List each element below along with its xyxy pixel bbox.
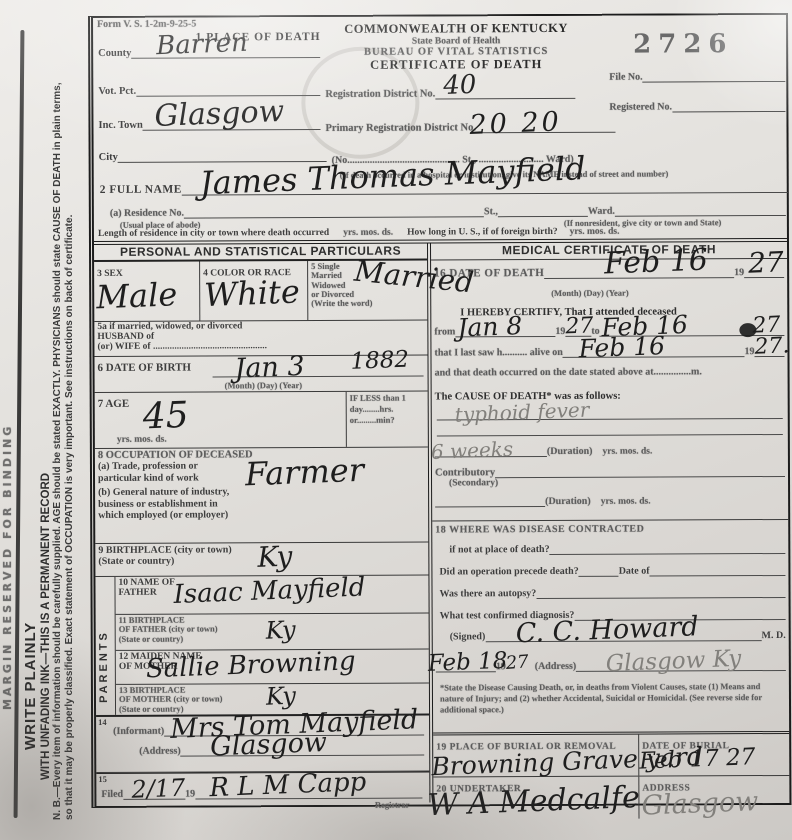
duration-row: 6 weeks (Duration) yrs. mos. ds. (435, 445, 785, 458)
burial-date-cell: DATE OF BURIAL Feb 17 27 (639, 734, 789, 776)
undertaker-row: 20 UNDERTAKER W A Medcalfe ADDRESS Glasg… (433, 776, 789, 820)
county-line: Barren (131, 57, 320, 59)
mother-name-handwriting: Sallie Browning (145, 648, 356, 682)
full-name-row: 2 FULL NAME James Thomas Mayfield (100, 181, 788, 196)
sign-year-handwriting: 27 (505, 653, 529, 673)
inc-town-row: Inc. Town Glasgow (98, 119, 320, 131)
date-of-death-box: 16 DATE OF DEATH Feb 16 19 27 (Month) (D… (431, 259, 787, 303)
margin-write-plainly: WRITE PLAINLY (22, 330, 39, 750)
length-residence-row: Length of residence in city or town wher… (98, 226, 790, 239)
marital-cell: 5 Single Married Widowed or Divorced (Wr… (308, 261, 427, 321)
length-units: yrs. mos. ds. (343, 228, 393, 238)
burial-row: 19 PLACE OF BURIAL OR REMOVAL Browning G… (433, 734, 789, 778)
file-no-line (643, 81, 786, 83)
from-handwriting: Jan 8 (457, 313, 523, 341)
margin-binding-text: MARGIN RESERVED FOR BINDING (1, 150, 14, 710)
age-label: 7 AGE (98, 398, 130, 410)
autopsy-label: Was there an autopsy? (440, 588, 537, 599)
vot-pct-row: Vot. Pct. (98, 85, 320, 97)
cause-handwriting: typhoid fever (454, 399, 589, 424)
duration2-line (435, 506, 545, 507)
operation-label: Did an operation precede death? (439, 566, 578, 578)
registered-no-label: Registered No. (609, 101, 672, 112)
certificate-form: Form V. S. 1-2m-9-25-5 1 PLACE OF DEATH … (88, 13, 791, 808)
death-occurred-statement: and that death occurred on the date stat… (435, 366, 785, 379)
duration2-label: (Duration) (545, 496, 591, 507)
contributory-box: Contributory (Secondary) (Duration) yrs.… (432, 465, 788, 522)
last-saw-year-line: 27. (754, 356, 784, 357)
duration-handwriting: 6 weeks (431, 439, 514, 462)
informant-address-label: (Address) (139, 746, 181, 757)
dob-handwriting: Jan 3 (234, 353, 305, 383)
certify-box: I HEREBY CERTIFY, That I attended deceas… (431, 301, 787, 391)
from-line: Jan 8 (455, 336, 555, 337)
full-name-line: James Thomas Mayfield (182, 192, 788, 196)
parents-rows: 10 NAME OF FATHER Isaac Mayfield 11 BIRT… (115, 576, 429, 715)
operation-line (579, 576, 619, 577)
dob-label: 6 DATE OF BIRTH (98, 362, 191, 374)
faint-round-stamp (301, 47, 419, 160)
contributory-row: Contributory (435, 466, 785, 479)
dod-line: Feb 16 (544, 277, 734, 279)
date-of-death-row: 16 DATE OF DEATH Feb 16 19 27 (434, 266, 784, 280)
form-header: Form V. S. 1-2m-9-25-5 1 PLACE OF DEATH … (93, 15, 787, 245)
residence-line (184, 216, 484, 218)
last-saw-year-print: 19 (744, 346, 754, 357)
father-name-handwriting: Isaac Mayfield (173, 574, 366, 608)
secondary-label: (Secondary) (449, 477, 785, 488)
parents-section: PARENTS 10 NAME OF FATHER Isaac Mayfield… (95, 576, 429, 717)
burial-place-cell: 19 PLACE OF BURIAL OR REMOVAL Browning G… (433, 735, 639, 777)
duration2-units: yrs. mos. ds. (601, 497, 651, 507)
race-handwriting: White (204, 275, 301, 311)
registrar-signature: R L M Capp (209, 769, 367, 801)
inc-town-label: Inc. Town (98, 120, 142, 131)
informant-address-handwriting: Glasgow (210, 729, 328, 761)
last-saw-row: that I last saw h.......... alive on Feb… (434, 346, 784, 359)
margin-unfading-ink: WITH UNFADING INK—THIS IS A PERMANENT RE… (40, 60, 52, 780)
how-long-label: How long in U. S., if of foreign birth? (407, 227, 558, 238)
signed-line: C. C. Howard (485, 640, 761, 642)
cause-line-1: typhoid fever (437, 401, 783, 421)
filed-year-print: 19 (185, 789, 195, 800)
informant-box: 14 (Informant) Mrs Tom Mayfield (Address… (96, 716, 429, 773)
cause-of-death-box: The CAUSE OF DEATH* was as follows: typh… (432, 389, 788, 467)
filed-date-handwriting: 2/17 (131, 776, 186, 802)
footnote-text: *State the Disease Causing Death, or, in… (436, 679, 786, 718)
duration-value-line: 6 weeks (435, 456, 547, 457)
parents-strip: PARENTS (95, 577, 116, 715)
inc-town-line: Glasgow (143, 129, 321, 131)
filed-row: Filed 2/17 19 R L M Capp (101, 788, 422, 800)
occupation-box: 8 OCCUPATION OF DECEASED (a) Trade, prof… (95, 448, 428, 544)
signed-row: (Signed) C. C. Howard M. D. (450, 630, 786, 642)
file-no-row: File No. (609, 71, 785, 83)
sign-address-line: Glasgow Ky (576, 670, 786, 672)
date-of-birth-box: 6 DATE OF BIRTH Jan 3 1882 (Month) (Day)… (94, 356, 427, 393)
disease-contracted-box: 18 WHERE WAS DISEASE CONTRACTED if not a… (432, 520, 789, 680)
informant-address-row: (Address) Glasgow (139, 745, 424, 757)
informant-label: (Informant) (113, 726, 164, 737)
if-less-label: IF LESS than 1 day........hrs. or.......… (350, 393, 425, 426)
filed-label: Filed (101, 789, 123, 800)
primary-district-handwriting: 20 20 (469, 108, 562, 139)
sign-date-handwriting: Feb 18 (427, 650, 507, 676)
mother-birthplace-handwriting: Ky (266, 684, 297, 709)
length-residence-label: Length of residence in city or town wher… (98, 228, 329, 239)
informant-number: 14 (98, 717, 107, 727)
undertaker-address-handwriting: Glasgow (641, 788, 759, 820)
certificate-number-stamp: 2726 (633, 29, 734, 59)
age-box: 7 AGE 45 yrs. mos. ds. IF LESS than 1 da… (95, 392, 428, 449)
operation-row: Did an operation precede death? Date of (439, 565, 785, 578)
parents-label: PARENTS (98, 591, 110, 703)
registrar-label: Registrar (375, 800, 410, 810)
footnote-box: *State the Disease Causing Death, or, in… (433, 678, 789, 736)
dod-year-line: 27 (744, 277, 784, 278)
autopsy-row: Was there an autopsy? (440, 587, 786, 600)
undertaker-handwriting: W A Medcalfe (427, 783, 640, 821)
file-no-label: File No. (609, 72, 642, 83)
inc-town-handwriting: Glasgow (154, 97, 285, 132)
registration-district-handwriting: 40 (443, 72, 477, 99)
occupation-handwriting: Farmer (244, 454, 364, 491)
dod-year-print: 19 (734, 267, 744, 278)
filed-box: 15 Filed 2/17 19 R L M Capp Registrar (96, 772, 429, 813)
birthplace-handwriting: Ky (257, 543, 293, 572)
informant-address-line: Glasgow (181, 755, 425, 757)
medical-column: MEDICAL CERTIFICATE OF DEATH 16 DATE OF … (431, 242, 789, 803)
age-main-cell: 7 AGE 45 yrs. mos. ds. (95, 392, 346, 448)
registered-no-line (672, 111, 785, 112)
physician-signature: C. C. Howard (515, 613, 699, 647)
registration-district-line: 40 (435, 98, 575, 100)
contributory-label: Contributory (435, 467, 495, 478)
signed-label: (Signed) (450, 631, 486, 642)
ward-label: Ward. (588, 206, 615, 217)
dod-year-handwriting: 27 (748, 248, 785, 277)
autopsy-line (536, 597, 785, 599)
county-label: County (98, 48, 131, 59)
commonwealth-title: COMMONWEALTH OF KENTUCKY (321, 21, 591, 37)
death-certificate-scan: MARGIN RESERVED FOR BINDING WRITE PLAINL… (0, 0, 792, 840)
dod-month-day-year: (Month) (Day) (Year) (551, 288, 628, 298)
undertaker-cell: 20 UNDERTAKER W A Medcalfe (433, 777, 639, 820)
age-handwriting: 45 (142, 398, 189, 436)
sign-address-handwriting: Glasgow Ky (606, 648, 742, 676)
dod-handwriting: Feb 16 (604, 245, 709, 279)
mother-name-row: 12 MAIDEN NAME OF MOTHER Sallie Browning (116, 650, 429, 685)
dob-year-handwriting: 1882 (350, 349, 409, 374)
from-label: from (434, 326, 455, 337)
burial-date-handwriting: Feb 17 27 (639, 746, 756, 774)
undertaker-address-cell: ADDRESS Glasgow (639, 776, 789, 819)
if-not-row: if not at place of death? (449, 543, 785, 555)
last-saw-line: Feb 16 (563, 356, 745, 358)
residence-label: (a) Residence No. (110, 208, 184, 219)
if-not-line (550, 553, 786, 555)
street-label: St., (484, 206, 498, 217)
county-row: County Barren (98, 47, 320, 59)
sign-address-label: (Address) (535, 661, 577, 672)
county-handwriting: Barren (156, 30, 249, 60)
last-saw-handwriting: Feb 16 (578, 333, 665, 361)
md-label: M. D. (762, 630, 786, 641)
registered-no-row: Registered No. (609, 101, 785, 113)
duration2-row: (Duration) yrs. mos. ds. (435, 495, 785, 508)
date-of-label: Date of (619, 566, 650, 577)
father-birthplace-row: 11 BIRTHPLACE OF FATHER (city or town) (… (116, 614, 429, 651)
margin-note: N. B.—Every item of information should b… (52, 80, 86, 820)
city-label: City (99, 152, 118, 163)
dob-line: Jan 3 1882 (213, 376, 424, 378)
primary-district-line: 20 20 (476, 132, 616, 134)
if-not-label: if not at place of death? (449, 544, 549, 555)
personal-column: PERSONAL AND STATISTICAL PARTICULARS 3 S… (94, 244, 433, 804)
full-name-label: 2 FULL NAME (100, 184, 182, 196)
date-of-line (650, 575, 786, 577)
father-birthplace-handwriting: Ky (265, 618, 296, 643)
duration-units: yrs. mos. ds. (602, 447, 652, 457)
last-saw-label: that I last saw h.......... alive on (434, 347, 562, 359)
last-saw-year-handwriting: 27. (754, 335, 790, 358)
if-less-cell: IF LESS than 1 day........hrs. or.......… (346, 392, 428, 447)
form-number: Form V. S. 1-2m-9-25-5 (97, 19, 196, 30)
birthplace-box: 9 BIRTHPLACE (city or town) (State or co… (95, 543, 428, 577)
form-body: PERSONAL AND STATISTICAL PARTICULARS 3 S… (94, 242, 789, 804)
sign-date-row: Feb 18 19 27 (Address) Glasgow Ky (436, 653, 786, 673)
from-year-print: 19 (555, 326, 565, 337)
filed-number: 15 (98, 774, 107, 784)
sex-cell: 3 SEX Male (94, 262, 200, 321)
sex-race-marital-row: 3 SEX Male 4 COLOR OR RACE White 5 Singl… (94, 261, 427, 322)
father-name-row: 10 NAME OF FATHER Isaac Mayfield (115, 576, 428, 615)
where-contracted-label: 18 WHERE WAS DISEASE CONTRACTED (435, 523, 785, 536)
filed-date-line: 2/17 (123, 799, 185, 800)
vot-pct-label: Vot. Pct. (98, 86, 136, 97)
duration-label: (Duration) (547, 446, 593, 457)
how-long-units: yrs. mos. ds. (570, 227, 620, 237)
race-cell: 4 COLOR OR RACE White (200, 261, 308, 320)
sex-handwriting: Male (96, 278, 178, 313)
sign-date-line: Feb 18 (436, 671, 496, 672)
